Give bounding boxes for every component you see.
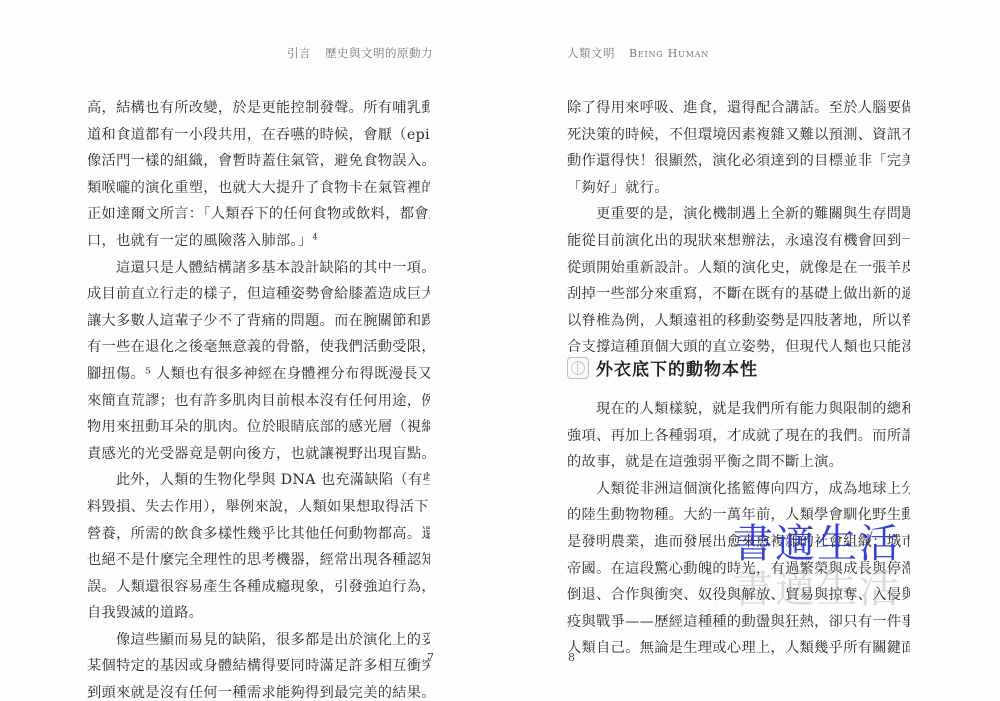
text-line: 此外，人類的生物化學與 DNA 也充滿缺陷（有些基因的資 xyxy=(87,467,430,494)
running-head-right: 人類文明Being Human xyxy=(567,45,709,61)
text-line: 除了得用來呼吸、進食，還得配合講話。至於人腦要做出各種生 xyxy=(567,95,910,122)
page-number-right: 8 xyxy=(568,651,575,664)
text-line: 口，也就有一定的風險落入肺部。」4 xyxy=(87,228,430,255)
book-title-en: Being Human xyxy=(629,47,709,60)
text-line: 也絕不是什麼完全理性的思考機器，經常出現各種認知問題與錯 xyxy=(87,547,430,574)
text-line: 死決策的時候，不但環境因素複雜又難以預測、資訊不完整，且 xyxy=(567,122,910,149)
book-title-zh: 人類文明 xyxy=(567,46,615,60)
chapter-title: 歷史與文明的原動力 xyxy=(325,46,433,60)
text-line: 倒退、合作與衝突、奴役與解放、貿易與掠奪、入侵與革命、瘟 xyxy=(567,582,910,609)
text-line: 刮掉一些部分來重寫，不斷在既有的基礎上做出新的適應調整。 xyxy=(567,281,910,308)
text-line: 來簡直荒謬；也有許多肌肉目前根本沒有任何用途，例如其他動 xyxy=(87,388,430,415)
text-line: 到頭來就是沒有任何一種需求能夠得到最完美的結果。像是喉嚨 xyxy=(87,680,430,701)
text-line: 是發明農業，進而發展出愈來愈複雜的社會組織：城市、文明、 xyxy=(567,529,910,556)
body-text-left: 高，結構也有所改變，於是更能控制發聲。所有哺乳動物的呼吸道和食道都有一小段共用，… xyxy=(87,95,430,701)
text-line: 責感光的光受器竟是朝向後方，也就讓視野出現盲點。 xyxy=(87,441,430,468)
text-line: 人類從非洲這個演化搖籃傳向四方，成為地球上分布最廣泛 xyxy=(567,476,910,503)
running-head-left: 引言歷史與文明的原動力 xyxy=(287,45,433,61)
text-line: 能從目前演化出的現狀來想辦法，永遠沒有機會回到一張白紙， xyxy=(567,228,910,255)
vitruvian-man-icon xyxy=(567,357,589,379)
text-line: 腳扭傷。⁵ 人類也有很多神經在身體裡分布得既漫長又迂迴，看 xyxy=(87,361,430,388)
section-heading: 外衣底下的動物本性 xyxy=(567,355,758,380)
text-line: 從頭開始重新設計。人類的演化史，就像是在一張羊皮卷上持續 xyxy=(567,255,910,282)
text-line: 高，結構也有所改變，於是更能控制發聲。所有哺乳動物的呼吸 xyxy=(87,95,430,122)
text-line: 讓大多數人這輩子少不了背痛的問題。而在腕關節和踝關節，也 xyxy=(87,308,430,335)
text-line: 自我毀滅的道路。 xyxy=(87,600,430,627)
footnote-marker: 4 xyxy=(313,232,318,241)
text-line: 的陸生動物物種。大約一萬年前，人類學會馴化野生動植物，於 xyxy=(567,502,910,529)
page-number-left: 7 xyxy=(427,651,434,664)
text-line: 像這些顯而易見的缺陷，很多都是出於演化上的妥協。如果 xyxy=(87,627,430,654)
text-line: 的故事，就是在這強弱平衡之間不斷上演。 xyxy=(567,449,910,476)
text-line: 「夠好」就行。 xyxy=(567,175,910,202)
text-line: 料毀損、失去作用），舉例來說，人類如果想取得活下去所需的 xyxy=(87,494,430,521)
text-line: 某個特定的基因或身體結構得要同時滿足許多相互衝突的需求， xyxy=(87,653,430,680)
text-line: 物用來扭動耳朵的肌肉。位於眼睛底部的感光層（視網膜），負 xyxy=(87,414,430,441)
text-line: 道和食道都有一小段共用，在吞嚥的時候，會厭（epiglottis）這個 xyxy=(87,122,430,149)
text-line: 強項、再加上各種弱項，才成就了現在的我們。而所謂人類歷史 xyxy=(567,423,910,450)
chapter-label: 引言 xyxy=(287,46,311,60)
text-line: 有一些在退化之後毫無意義的骨骼，使我們活動受限，還容易手 xyxy=(87,334,430,361)
body-text-right-bottom: 現在的人類樣貌，就是我們所有能力與限制的總和，是各種強項、再加上各種弱項，才成就… xyxy=(567,396,910,662)
text-line: 像活門一樣的組織，會暫時蓋住氣管，避免食物誤入。但隨著人 xyxy=(87,148,430,175)
text-line: 人類自己。無論是生理或心理上，人類幾乎所有關鍵面向都與十 xyxy=(567,635,910,662)
text-line: 疫與戰爭——歷經這種種的動盪與狂熱，卻只有一件事情不變： xyxy=(567,609,910,636)
text-line: 動作還得快！很顯然，演化必須達到的目標並非「完美」，只要 xyxy=(567,148,910,175)
text-line: 以脊椎為例，人類遠祖的移動姿勢是四肢著地，所以脊椎並不適 xyxy=(567,308,910,335)
text-line: 誤。人類還很容易產生各種成癮現象，引發強迫行為，甚至走上 xyxy=(87,574,430,601)
left-page: 引言歷史與文明的原動力 高，結構也有所改變，於是更能控制發聲。所有哺乳動物的呼吸… xyxy=(0,0,500,701)
text-line: 這還只是人體結構諸多基本設計缺陷的其中一項。人類演化 xyxy=(87,255,430,282)
text-line: 營養，所需的飲食多樣性幾乎比其他任何動物都高。還有，人腦 xyxy=(87,521,430,548)
text-line: 現在的人類樣貌，就是我們所有能力與限制的總和，是各種 xyxy=(567,396,910,423)
text-line: 帝國。在這段驚心動魄的時光，有過繁榮與成長與停滯，進步與 xyxy=(567,556,910,583)
text-line: 類喉嚨的演化重塑，也就大大提升了食物卡在氣管裡的機率。3 xyxy=(87,175,430,202)
text-line: 正如達爾文所言：「人類吞下的任何食物或飲料，都會通過氣管 xyxy=(87,201,430,228)
right-page: 人類文明Being Human 除了得用來呼吸、進食，還得配合講話。至於人腦要做… xyxy=(500,0,1000,701)
body-text-right-top: 除了得用來呼吸、進食，還得配合講話。至於人腦要做出各種生死決策的時候，不但環境因… xyxy=(567,95,910,361)
section-heading-text: 外衣底下的動物本性 xyxy=(596,355,758,380)
text-line: 成目前直立行走的樣子，但這種姿勢會給膝蓋造成巨大壓力，也 xyxy=(87,281,430,308)
text-line: 更重要的是，演化機制遇上全新的難關與生存問題時，也只 xyxy=(567,201,910,228)
